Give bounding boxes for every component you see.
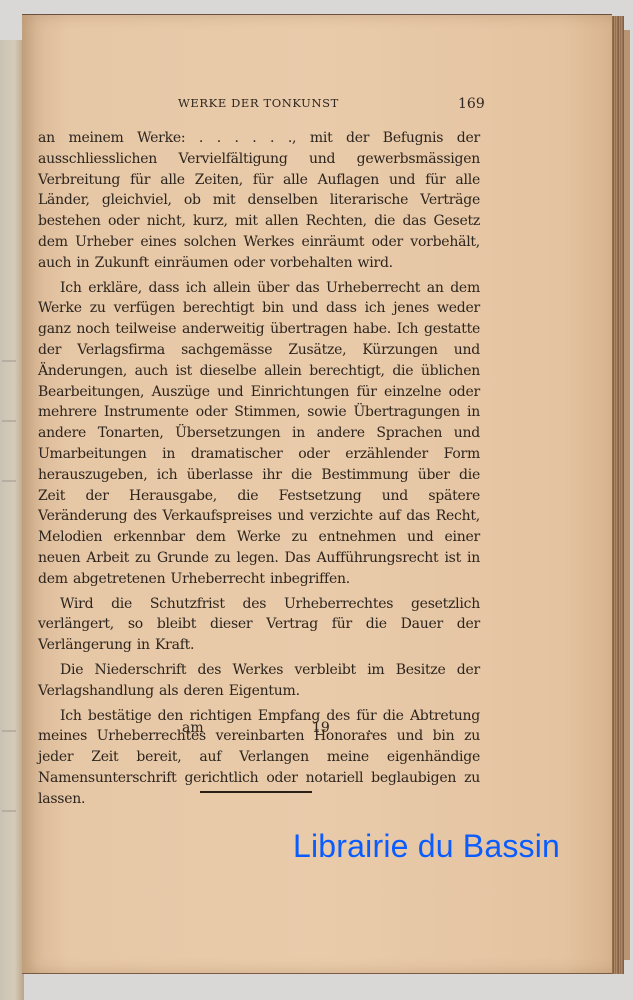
bleed-mark bbox=[2, 360, 16, 362]
adjacent-left-page bbox=[0, 40, 24, 1000]
signature-rule bbox=[200, 791, 312, 793]
paragraph: Ich bestätige den richtigen Empfang des … bbox=[38, 706, 480, 810]
paragraph: Ich erkläre, dass ich allein über das Ur… bbox=[38, 278, 480, 590]
page-number: 169 bbox=[458, 96, 485, 112]
bleed-mark bbox=[2, 480, 16, 482]
page-block-outer-edge bbox=[624, 30, 630, 960]
body-text: an meinem Werke: . . . . . ., mit der Be… bbox=[38, 128, 480, 810]
bleed-mark bbox=[2, 420, 16, 422]
bleed-mark bbox=[2, 810, 16, 812]
page-block-edges bbox=[610, 16, 624, 974]
date-dot: . bbox=[367, 720, 371, 736]
seller-watermark: Librairie du Bassin bbox=[293, 828, 560, 865]
paragraph: Wird die Schutzfrist des Urheberrechtes … bbox=[38, 594, 480, 656]
paragraph: Die Niederschrift des Werkes verbleibt i… bbox=[38, 660, 480, 702]
date-am: am bbox=[182, 720, 204, 736]
running-head: WERKE DER TONKUNST bbox=[178, 96, 488, 110]
bleed-mark bbox=[2, 730, 16, 732]
date-year: 19 bbox=[312, 720, 330, 736]
paragraph: an meinem Werke: . . . . . ., mit der Be… bbox=[38, 128, 480, 274]
